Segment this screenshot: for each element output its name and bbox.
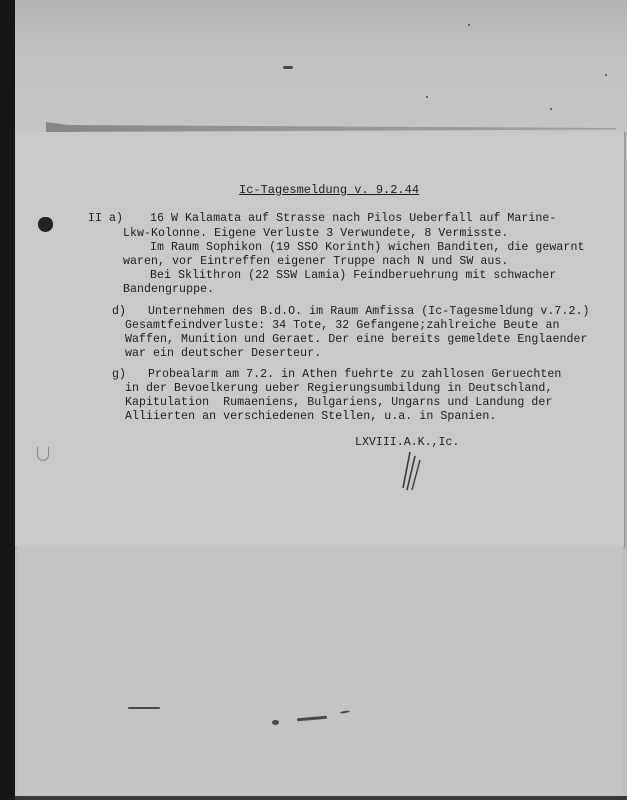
scan-speck (426, 96, 428, 98)
section-line: 16 W Kalamata auf Strasse nach Pilos Ueb… (150, 211, 556, 226)
scan-speck (283, 66, 293, 69)
section-line: Kapitulation Rumaeniens, Bulgariens, Ung… (125, 395, 552, 410)
section-line: Probealarm am 7.2. in Athen fuehrte zu z… (148, 367, 561, 382)
scan-speck (605, 74, 607, 76)
handwritten-initial-icon (400, 450, 425, 492)
signature-block: LXVIII.A.K.,Ic. (355, 436, 459, 449)
section-label: d) (112, 304, 126, 319)
section-line: Bei Sklithron (22 SSW Lamia) Feindberueh… (150, 268, 556, 283)
section-line: Gesamtfeindverluste: 34 Tote, 32 Gefange… (125, 318, 559, 333)
scan-bottom-edge (15, 796, 627, 800)
lower-sheet-background (17, 547, 623, 797)
section-line: Alliierten an verschiedenen Stellen, u.a… (125, 409, 496, 424)
section-line: war ein deutscher Deserteur. (125, 346, 321, 361)
section-line: in der Bevoelkerung ueber Regierungsumbi… (125, 381, 552, 396)
hole-punch-outline (37, 447, 49, 461)
scan-speck (550, 108, 552, 110)
section-line: waren, vor Eintreffen eigener Truppe nac… (123, 254, 508, 269)
section-line: Lkw-Kolonne. Eigene Verluste 3 Verwundet… (123, 226, 508, 241)
section-line: Im Raum Sophikon (19 SSO Korinth) wichen… (150, 240, 584, 255)
hole-punch-mark (38, 217, 53, 232)
section-line: Bandengruppe. (123, 282, 214, 297)
scan-speck (272, 720, 279, 725)
section-line: Unternehmen des B.d.O. im Raum Amfissa (… (148, 304, 589, 319)
section-label: g) (112, 367, 126, 382)
scan-speck (468, 24, 470, 26)
section-line: Waffen, Munition und Geraet. Der eine be… (125, 332, 588, 347)
scan-speck (128, 707, 160, 709)
document-title: Ic-Tagesmeldung v. 9.2.44 (239, 183, 419, 197)
section-label: II a) (88, 211, 123, 226)
scan-left-edge (0, 0, 15, 800)
